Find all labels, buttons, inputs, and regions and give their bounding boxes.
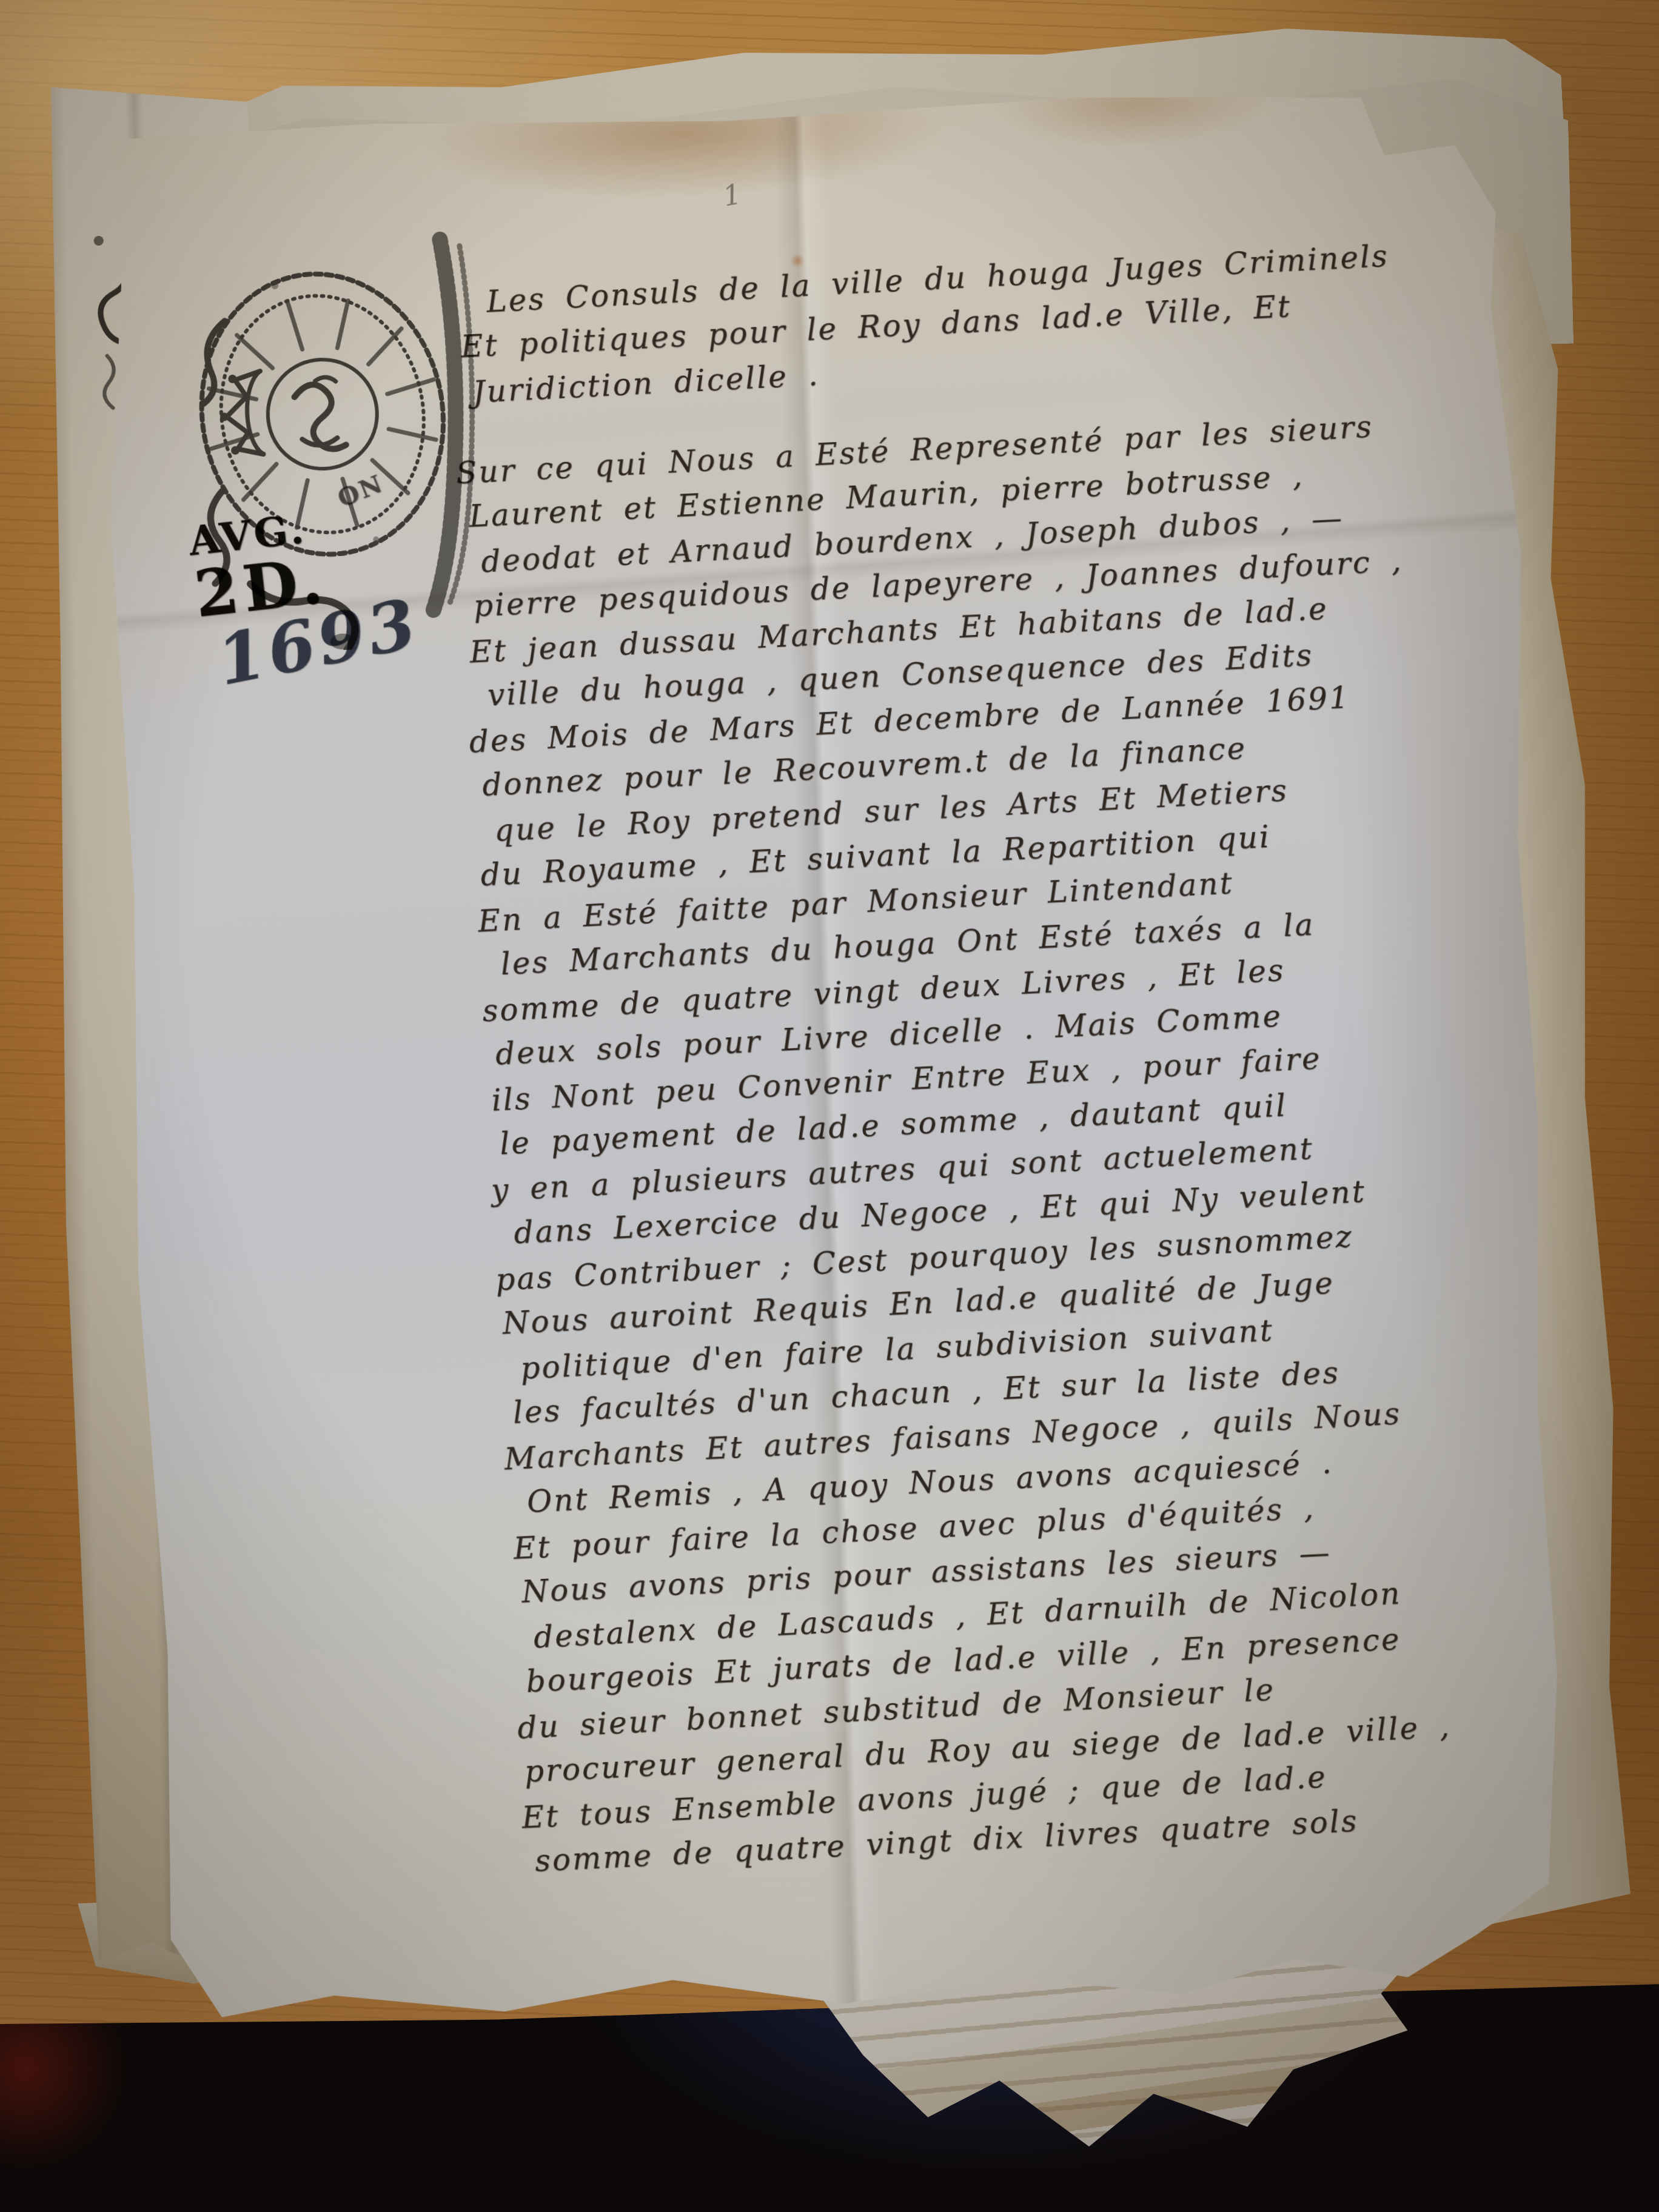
folio-mark: 1 xyxy=(721,179,743,210)
manuscript-text: Les Consuls de la ville du houga Juges C… xyxy=(447,230,1555,1884)
manuscript-heading: Les Consuls de la ville du houga Juges C… xyxy=(447,230,1483,415)
manuscript-body: Sur ce qui Nous a Esté Representé par le… xyxy=(455,400,1555,1884)
manuscript-page: ON AVG. 2D. 1693 1 Les Consuls de la vil… xyxy=(90,79,1578,2035)
